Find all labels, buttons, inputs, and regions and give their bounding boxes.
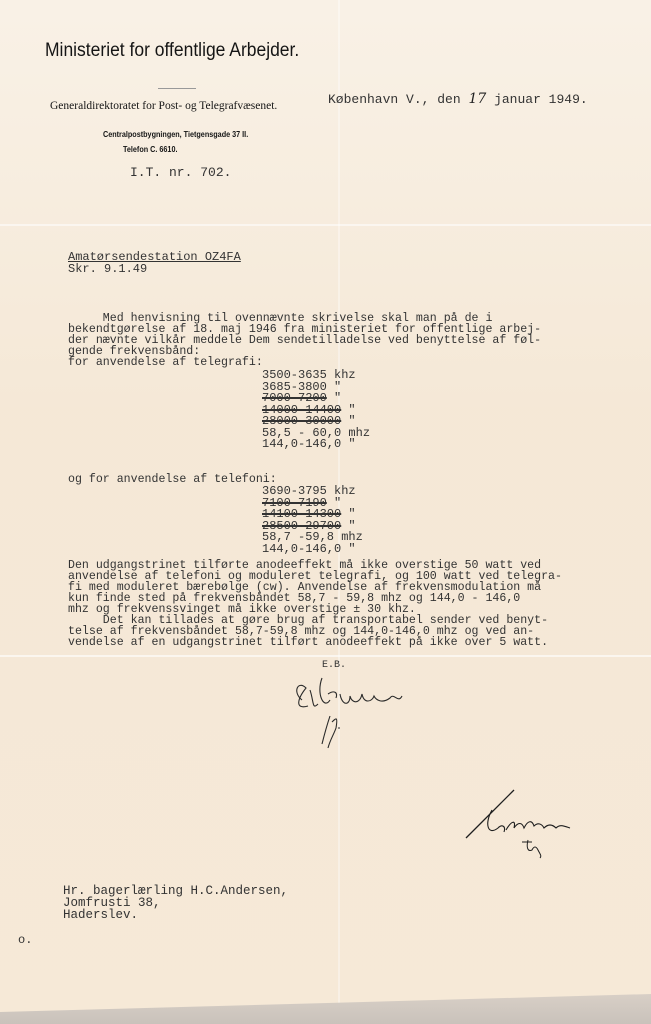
- signature-petersen: [462, 780, 592, 865]
- date-prefix: København V., den: [328, 92, 468, 107]
- letterhead-rule: [158, 88, 196, 89]
- paper-bottom-edge: [0, 994, 651, 1024]
- signature-petersen-scribble: [462, 780, 592, 860]
- date-suffix: januar 1949.: [486, 92, 587, 107]
- signature-hansen-scribble: [290, 670, 410, 750]
- frequency-range: 144,0-146,0: [262, 542, 341, 556]
- frequency-band-row: 144,0-146,0 ": [262, 544, 363, 556]
- letterhead-address: Centralpostbygningen, Tietgensgade 37 II…: [103, 129, 248, 139]
- date-line: København V., den 17 januar 1949.: [328, 94, 588, 105]
- telephony-label: og for anvendelse af telefoni:: [68, 474, 277, 485]
- text-line: vendelse af en udgangstrinet tilført ano…: [68, 637, 562, 648]
- letterhead-phone: Telefon C. 6610.: [123, 144, 177, 154]
- text-line: Haderslev.: [63, 909, 288, 921]
- frequency-unit: ": [341, 437, 355, 451]
- ministry-title: Ministeriet for offentlige Arbejder.: [45, 40, 299, 62]
- directorate-name: Generaldirektoratet for Post- og Telegra…: [50, 100, 277, 112]
- frequency-band-row: 144,0-146,0 ": [262, 439, 370, 451]
- signature-hansen: [290, 670, 410, 755]
- reference-number: I.T. nr. 702.: [130, 167, 231, 178]
- frequency-range: 144,0-146,0: [262, 437, 341, 451]
- frequency-unit: ": [341, 542, 355, 556]
- subject-letter-ref: Skr. 9.1.49: [68, 264, 147, 275]
- paper-fold: [0, 655, 651, 657]
- telephony-band-list: 3690-3795 khz7100-7190 "14100-14300 "285…: [262, 486, 363, 555]
- intro-paragraph: Med henvisning til ovennævnte skrivelse …: [68, 313, 541, 368]
- date-day-handwritten: 17: [468, 91, 486, 107]
- conditions-paragraph: Den udgangstrinet tilførte anodeeffekt m…: [68, 560, 562, 648]
- text-line: for anvendelse af telegrafi:: [68, 357, 541, 368]
- paper-fold: [0, 224, 651, 226]
- telegraphy-band-list: 3500-3635 khz3685-3800 "7000-7200 "14000…: [262, 370, 370, 451]
- recipient-address: Hr. bagerlærling H.C.Andersen,Jomfrusti …: [63, 885, 288, 921]
- filing-mark: o.: [18, 935, 32, 946]
